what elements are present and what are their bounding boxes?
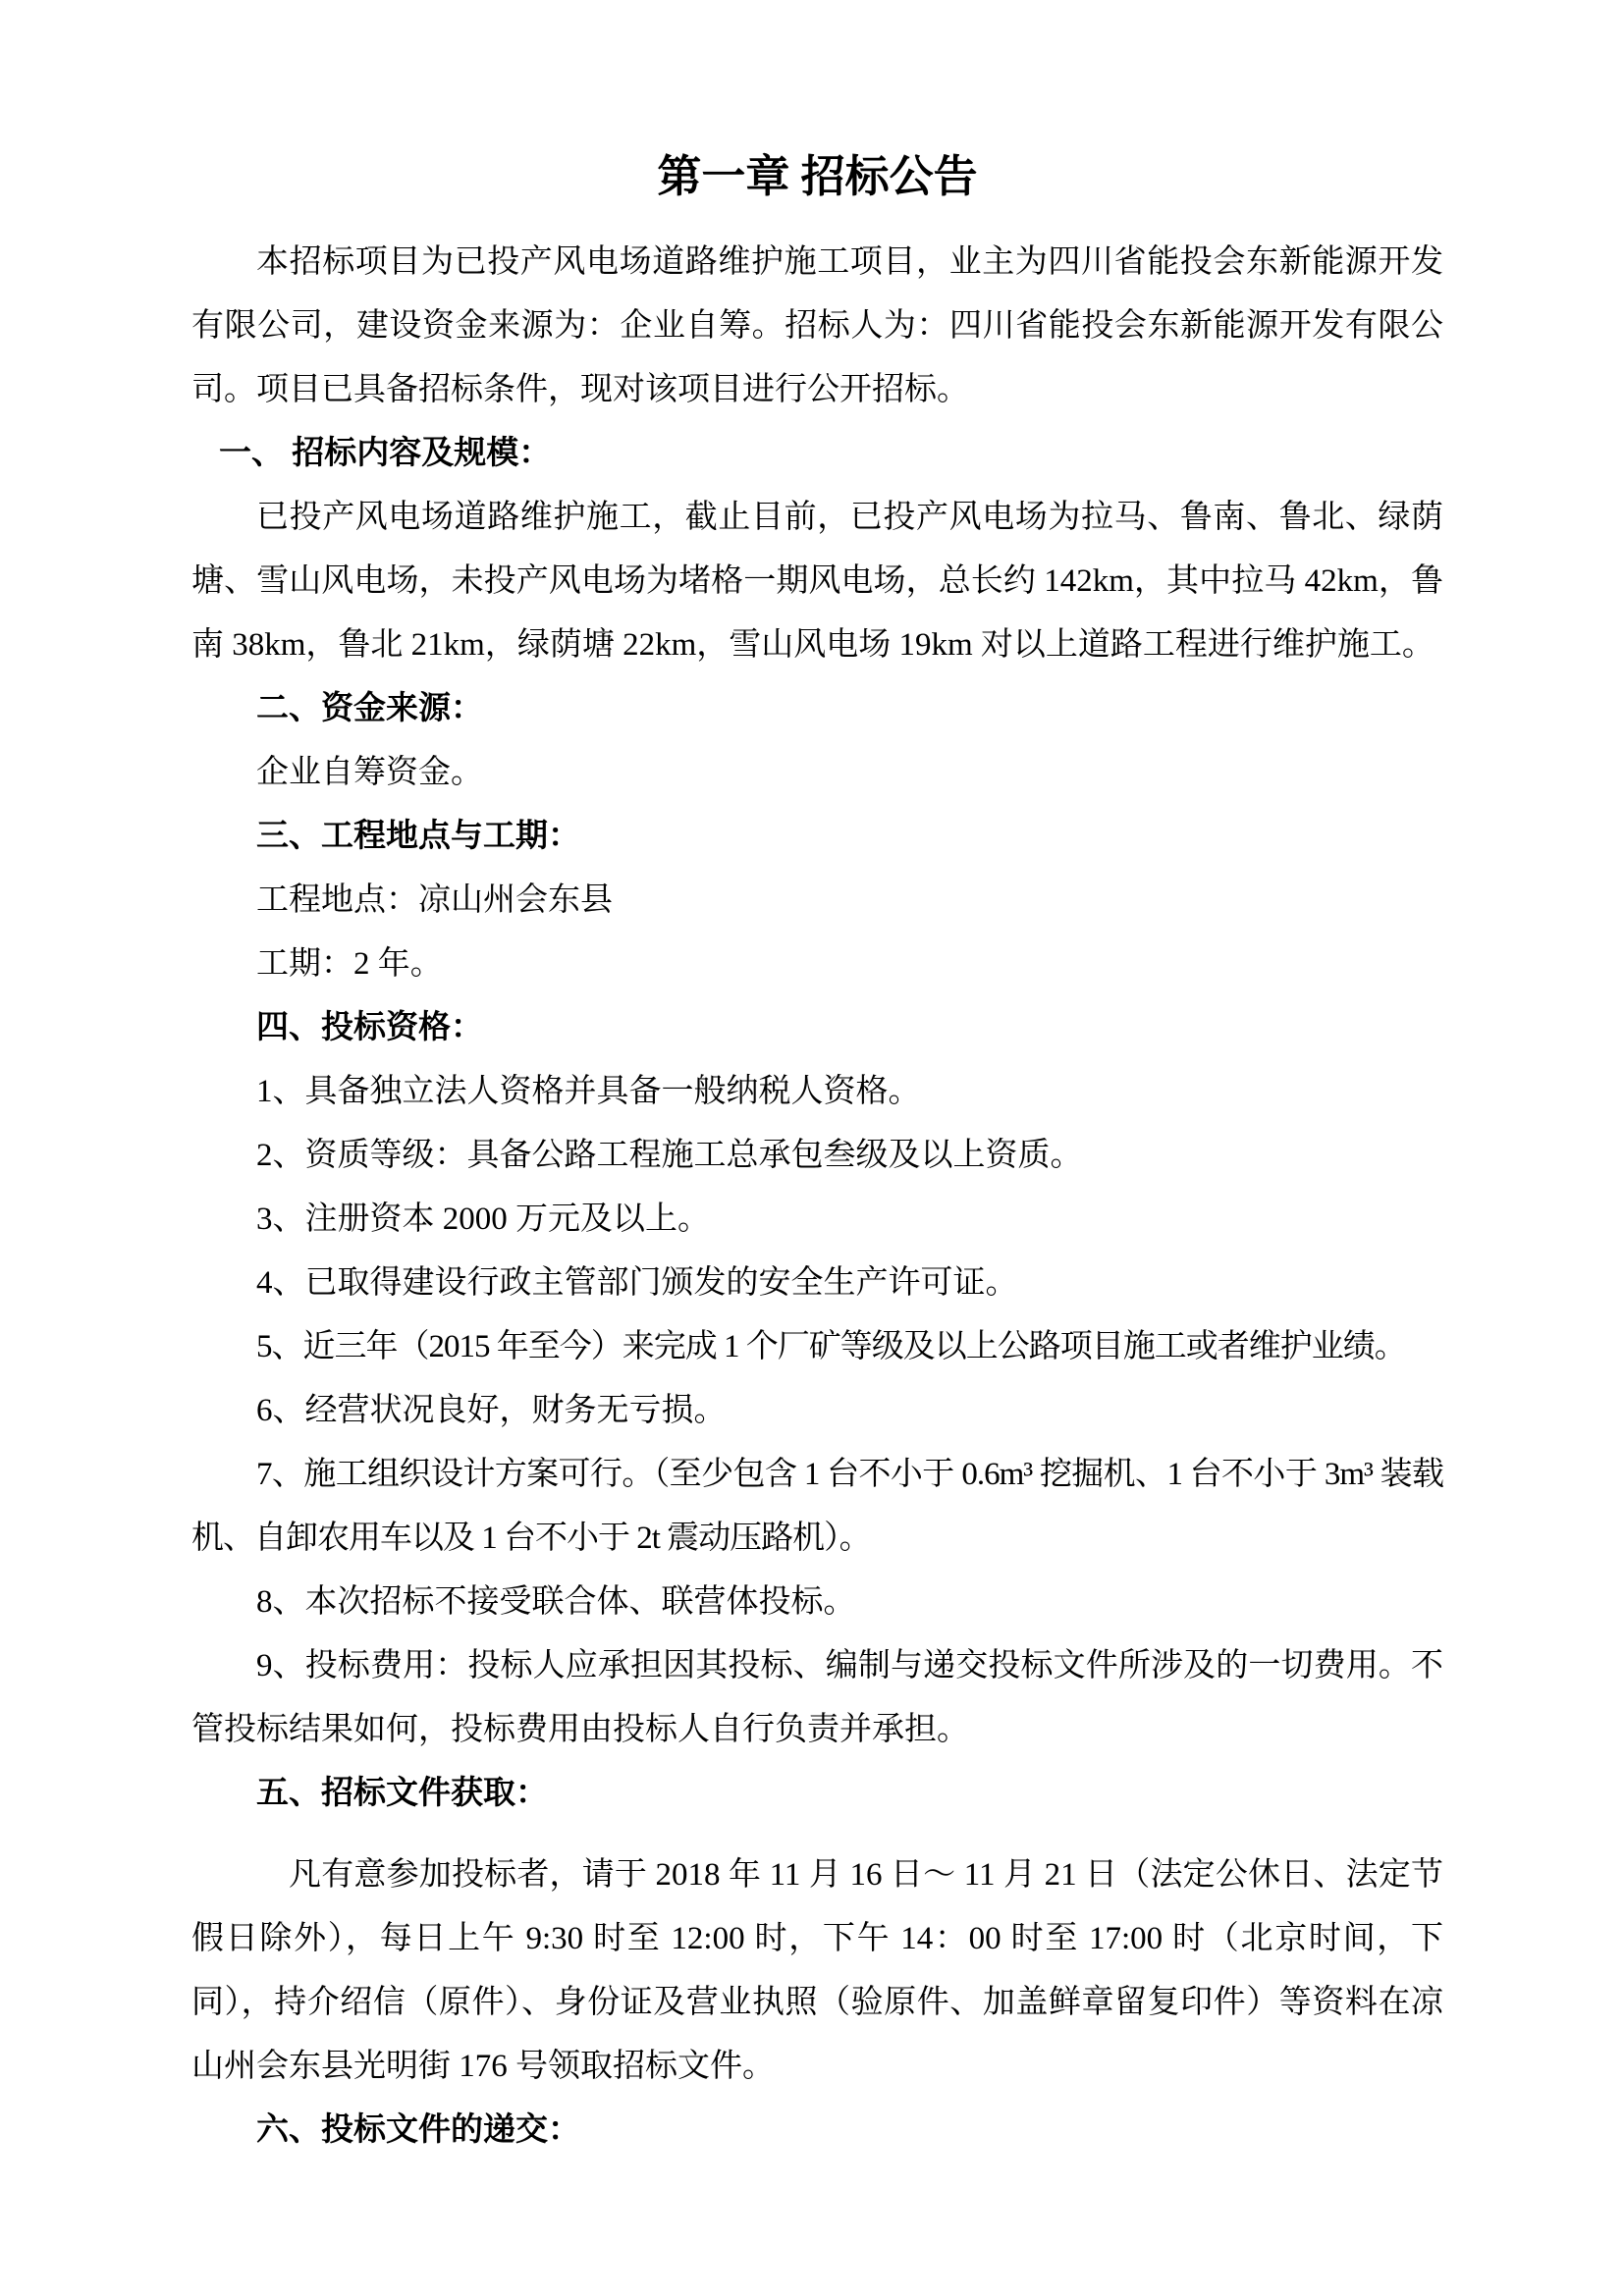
section-heading-3: 三、工程地点与工期： (191, 805, 1443, 869)
qualification-item-8: 8、本次招标不接受联合体、联营体投标。 (191, 1571, 1443, 1634)
qualification-item-5: 5、近三年（2015 年至今）来完成 1 个厂矿等级及以上公路项目施工或者维护业… (191, 1315, 1443, 1379)
project-duration-paragraph: 工期：2 年。 (191, 933, 1443, 996)
project-location-paragraph: 工程地点：凉山州会东县 (191, 869, 1443, 933)
section-1-paragraph: 已投产风电场道路维护施工，截止目前，已投产风电场为拉马、鲁南、鲁北、绿荫塘、雪山… (191, 486, 1443, 677)
section-heading-5: 五、招标文件获取： (191, 1762, 1443, 1826)
document-page: 第一章 招标公告 本招标项目为已投产风电场道路维护施工项目，业主为四川省能投会东… (0, 0, 1624, 2296)
qualification-item-4: 4、已取得建设行政主管部门颁发的安全生产许可证。 (191, 1252, 1443, 1315)
qualification-item-6: 6、经营状况良好，财务无亏损。 (191, 1379, 1443, 1443)
qualification-item-3: 3、注册资本 2000 万元及以上。 (191, 1188, 1443, 1252)
section-heading-1: 一、 招标内容及规模： (191, 422, 1443, 486)
intro-paragraph: 本招标项目为已投产风电场道路维护施工项目，业主为四川省能投会东新能源开发有限公司… (191, 231, 1443, 422)
qualification-item-1: 1、具备独立法人资格并具备一般纳税人资格。 (191, 1060, 1443, 1124)
section-heading-4: 四、投标资格： (191, 996, 1443, 1060)
section-5-paragraph: 凡有意参加投标者，请于 2018 年 11 月 16 日～ 11 月 21 日（… (191, 1843, 1443, 2099)
document-title: 第一章 招标公告 (191, 152, 1443, 201)
section-heading-6: 六、投标文件的递交： (191, 2099, 1443, 2163)
section-2-paragraph: 企业自筹资金。 (191, 741, 1443, 805)
qualification-item-2: 2、资质等级：具备公路工程施工总承包叁级及以上资质。 (191, 1124, 1443, 1188)
qualification-item-9: 9、投标费用：投标人应承担因其投标、编制与递交投标文件所涉及的一切费用。不管投标… (191, 1634, 1443, 1762)
qualification-item-7: 7、施工组织设计方案可行。（至少包含 1 台不小于 0.6m³ 挖掘机、1 台不… (191, 1443, 1443, 1571)
section-heading-2: 二、资金来源： (191, 677, 1443, 741)
